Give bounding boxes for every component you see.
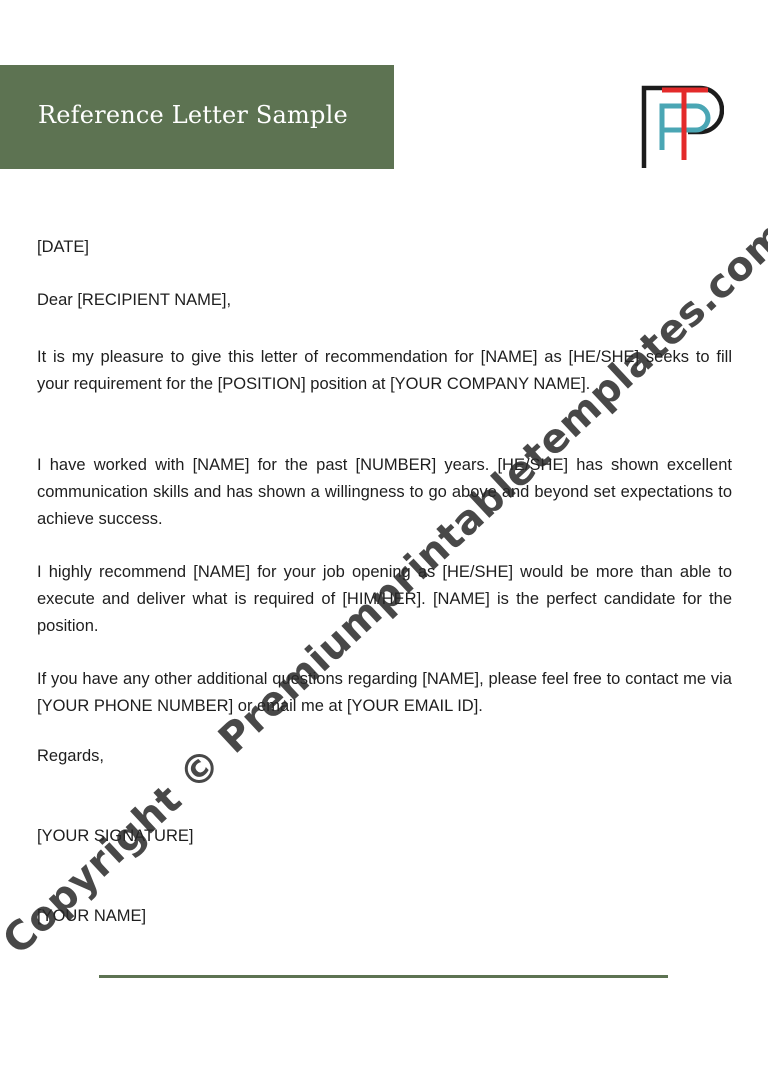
letter-closing: Regards, <box>37 747 104 766</box>
letter-salutation: Dear [RECIPIENT NAME], <box>37 291 231 310</box>
footer-divider <box>99 975 668 978</box>
document-title: Reference Letter Sample <box>38 101 348 129</box>
letter-date: [DATE] <box>37 238 89 257</box>
signature-placeholder: [YOUR SIGNATURE] <box>37 827 193 846</box>
paragraph-2: I have worked with [NAME] for the past [… <box>37 452 732 533</box>
paragraph-3: I highly recommend [NAME] for your job o… <box>37 559 732 640</box>
paragraph-4: If you have any other additional questio… <box>37 666 732 720</box>
paragraph-1: It is my pleasure to give this letter of… <box>37 344 732 398</box>
title-band: Reference Letter Sample <box>0 65 394 169</box>
ptp-monogram-logo-icon <box>640 84 724 170</box>
name-placeholder: [YOUR NAME] <box>37 907 146 926</box>
